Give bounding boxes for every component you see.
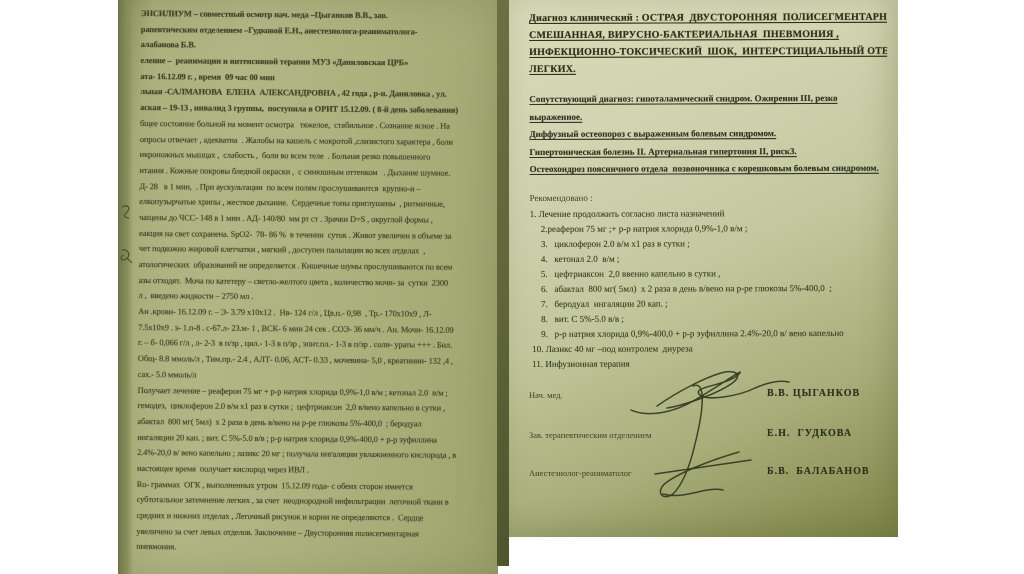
text-line: 6. абактал 800 мг( 5мл) х 2 раза в день … [530, 281, 888, 297]
signatory-role: Зав. терапевтическим отделением [529, 430, 651, 440]
handwritten-margin-mark [119, 203, 133, 221]
right-page-content: Диагноз клинический : ОСТРАЯ ДВУСТОРОННЯ… [529, 9, 888, 373]
text-line: Гипертоническая болезнь II. Артериальная… [529, 142, 887, 161]
text-line: 7. беродуал ингаляции 20 кап. ; [530, 296, 888, 312]
comorbid-diagnosis-block: Сопутствующий диагноз: гипоталамический … [529, 90, 887, 179]
text-line: выраженное. [529, 107, 887, 126]
text-line: ИНФЕКЦИОННО-ТОКСИЧЕСКИЙ ШОК, ИНТЕРСТИЦИА… [529, 43, 887, 61]
text-line: Остеохондроз поясничного отдела позвоноч… [530, 160, 888, 179]
handwritten-margin-mark [118, 247, 134, 265]
signatory-name: Е.Н. ГУДКОВА [767, 428, 852, 439]
text-line: 2.реаферон 75 мг ;+ р-р натрия хлорида 0… [530, 220, 888, 236]
text-line: Сопутствующий диагноз: гипоталамический … [529, 90, 887, 109]
clinical-diagnosis-block: Диагноз клинический : ОСТРАЯ ДВУСТОРОННЯ… [529, 9, 887, 78]
text-line: пневмония. [136, 539, 488, 558]
left-page-text: ЭНСИЛИУМ – совместный осмотр нач. меда –… [136, 6, 493, 571]
text-line: 1. Лечение продолжить согласно листа наз… [530, 205, 888, 221]
recommendations-list: 1. Лечение продолжить согласно листа наз… [530, 205, 889, 372]
signatory-role: Нач. мед. [529, 390, 563, 400]
text-line: 8. вит. С 5%-5.0 в/в ; [530, 311, 888, 327]
signatory-name: Б.В. БАЛАБАНОВ [767, 466, 870, 477]
signatory-role: Анестезиолог-реаниматолог [529, 468, 631, 478]
signature-row: Анестезиолог-реаниматолог Б.В. БАЛАБАНОВ [529, 466, 887, 482]
text-line: Диффузный остеопороз с выраженным болевы… [529, 125, 887, 144]
left-page-edge-shadow [118, 0, 133, 574]
text-line: 3. циклоферон 2.0 в/м х1 раз в сутки ; [530, 235, 888, 251]
right-page: Диагноз клинический : ОСТРАЯ ДВУСТОРОННЯ… [509, 0, 898, 537]
text-line: СМЕШАННАЯ, ВИРУСНО-БАКТЕРИАЛЬНАЯ ПНЕВМОН… [529, 26, 887, 44]
signature-row: Зав. терапевтическим отделением Е.Н. ГУД… [529, 428, 887, 444]
signature-row: Нач. мед. В.В. ЦЫГАНКОВ [529, 388, 887, 404]
text-line: ЛЕГКИХ. [529, 60, 887, 78]
text-line: Диагноз клинический : ОСТРАЯ ДВУСТОРОННЯ… [529, 9, 887, 27]
text-line: 11. Инфузионная терапия [530, 356, 888, 372]
text-line: 5. цефтриаксон 2,0 ввенно капельно в сут… [530, 266, 888, 282]
text-line: 10. Лазикс 40 мг –под контролем диуреза [530, 341, 888, 357]
left-page: ЭНСИЛИУМ – совместный осмотр нач. меда –… [118, 0, 498, 574]
page-gap-shadow [497, 0, 509, 566]
text-line: 9. р-р натрия хлорида 0,9%-400,0 + р-р э… [530, 326, 888, 342]
signatory-name: В.В. ЦЫГАНКОВ [767, 388, 860, 399]
text-line: 4. кетонал 2.0 в/м ; [530, 251, 888, 267]
recommendations-title: Рекомендовано : [530, 189, 888, 204]
scanned-medical-record: ЭНСИЛИУМ – совместный осмотр нач. меда –… [0, 0, 1024, 574]
